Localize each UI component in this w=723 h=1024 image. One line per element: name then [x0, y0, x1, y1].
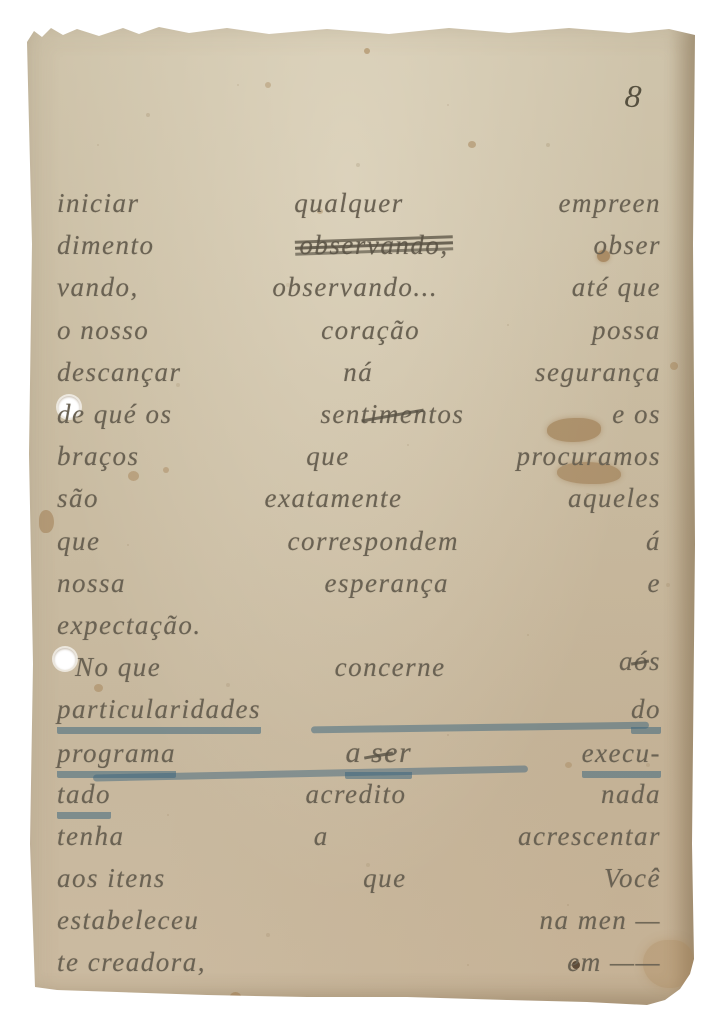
word: tado [57, 779, 111, 819]
word: iniciar [57, 188, 140, 219]
word: execu- [582, 738, 661, 778]
word: braços [57, 441, 140, 472]
word: vando, [57, 272, 139, 303]
handwritten-line: braçosqueprocuramos [57, 441, 661, 483]
word: que [363, 863, 406, 894]
handwritten-line: dimentoobservando,obser [57, 230, 661, 272]
word: sentimentos [320, 399, 464, 430]
word: expectação. [57, 610, 202, 641]
word: e [648, 568, 661, 599]
word: nada [601, 779, 661, 810]
handwritten-line: nossaesperançae [57, 568, 661, 610]
stain [468, 141, 476, 148]
word: são [57, 483, 99, 514]
word: nossa [57, 568, 126, 599]
word: tenha [57, 821, 125, 852]
word: observando, [299, 230, 448, 261]
paper-speckles [27, 24, 29, 26]
handwritten-line: aos itensqueVocê [57, 863, 661, 905]
handwritten-line: tadoacreditonada [57, 779, 661, 821]
stain [39, 510, 54, 533]
word: concerne [335, 652, 446, 683]
word: a [314, 821, 329, 852]
handwritten-line: estabeleceuna men — [57, 905, 661, 947]
handwritten-line: descançarnásegurança [57, 357, 661, 399]
word: que [306, 441, 349, 472]
word: em —— [567, 947, 661, 978]
stain [364, 48, 370, 54]
word: empreen [559, 188, 661, 219]
word: Você [604, 863, 661, 894]
word: procuramos [516, 441, 661, 472]
word: que [57, 526, 100, 557]
handwritten-line: vando,observando...até que [57, 272, 661, 314]
scan-background: 8 iniciarqualquerempreendimentoobservand… [0, 0, 723, 1024]
handwritten-line: te creadora,em —— [57, 947, 661, 989]
word: te creadora, [57, 947, 206, 978]
word: a ser [345, 736, 412, 779]
handwritten-text: iniciarqualquerempreendimentoobservando,… [57, 188, 661, 990]
handwritten-line: quecorrespondemá [57, 526, 661, 568]
word: programa [57, 738, 176, 778]
word: estabeleceu [57, 905, 199, 936]
word: na men — [540, 905, 662, 936]
word: esperança [325, 568, 449, 599]
word: até que [572, 272, 661, 303]
word: descançar [57, 357, 181, 388]
word: aos itens [57, 863, 166, 894]
word: coração [321, 315, 420, 346]
word: acredito [306, 779, 407, 810]
handwritten-line: sãoexatamenteaqueles [57, 483, 661, 525]
word: aqueles [568, 483, 661, 514]
word: segurança [535, 357, 661, 388]
handwritten-line: iniciarqualquerempreen [57, 188, 661, 230]
stain [670, 362, 678, 370]
word: dimento [57, 230, 155, 261]
word: e os [612, 399, 661, 430]
handwritten-line: expectação. [57, 610, 661, 652]
word: obser [593, 230, 661, 261]
word: exatamente [265, 483, 403, 514]
handwritten-line: No queconcerneaós [57, 652, 661, 694]
manuscript-paper: 8 iniciarqualquerempreendimentoobservand… [27, 24, 695, 1006]
stain [265, 82, 271, 88]
word: do [631, 694, 661, 734]
word: No que [75, 652, 161, 683]
page-number: 8 [623, 77, 644, 116]
handwritten-line: de qué ossentimentose os [57, 399, 661, 441]
handwritten-line: particularidadesdo [57, 694, 661, 736]
word: possa [592, 315, 661, 346]
word: correspondem [288, 526, 459, 557]
word: observando... [272, 272, 438, 303]
handwritten-line: programaa serexecu- [57, 736, 661, 778]
stain [230, 992, 241, 1001]
handwritten-line: tenhaaacrescentar [57, 821, 661, 863]
word: aós [619, 646, 661, 677]
word: qualquer [294, 188, 404, 219]
handwritten-line: o nossocoraçãopossa [57, 315, 661, 357]
word: particularidades [57, 694, 261, 734]
word: de qué os [57, 399, 172, 430]
word: acrescentar [518, 821, 661, 852]
word: ná [343, 357, 373, 388]
word: á [646, 526, 661, 557]
word: o nosso [57, 315, 149, 346]
